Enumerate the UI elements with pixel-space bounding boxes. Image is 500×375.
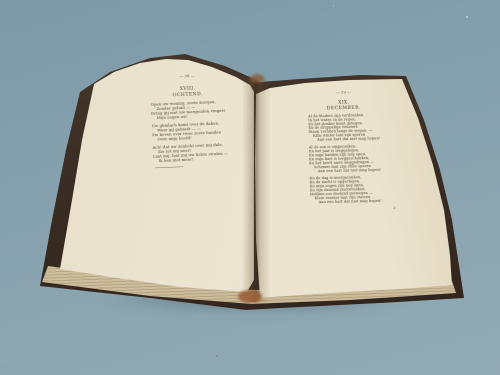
left-page-text: — 38 — XVIII. OCHTEND. Open uw woning, z… — [133, 71, 245, 168]
poem-line: Aan een hart dat niet mag hopen! — [310, 199, 382, 205]
poem-stanza: Open uw woning, zoete morgen, Zonder gel… — [151, 99, 227, 120]
poem-stanza: Al de zon is omgezonken, En het jaar is … — [309, 144, 381, 173]
dust-speck — [333, 5, 334, 7]
poem-stanza: Ach! dat uw zonlicht over mij dale, Zie … — [152, 142, 228, 163]
gutter-wear-top — [250, 74, 264, 83]
poem-title: DECEMBER. — [281, 105, 406, 112]
gutter-shadow — [242, 78, 270, 302]
dust-speck — [216, 355, 218, 357]
right-page-text: — 39 — XIX. DECEMBER. Al de bladers zijn… — [281, 89, 409, 213]
poem-stanza: En de dag is neergezonken, En de nacht i… — [310, 175, 382, 204]
poem-stanza: Al de bladers zijn verdronken In het wat… — [308, 113, 380, 142]
dust-speck — [466, 16, 468, 18]
poem-line: Aan een hart dat niet mag hopen! — [309, 168, 381, 174]
poem-line: Aan een hart dat niet mag hopen! — [309, 137, 381, 143]
photo-open-book: — 38 — XVIII. OCHTEND. Open uw woning, z… — [0, 0, 500, 375]
poem: Open uw woning, zoete morgen, Zonder gel… — [151, 99, 229, 168]
gutter-wear-bottom — [238, 290, 262, 303]
poem: Al de bladers zijn verdronken In het wat… — [308, 113, 382, 205]
poem-stanza: Uw glimlach komt over de daken, Waar gij… — [152, 121, 228, 142]
